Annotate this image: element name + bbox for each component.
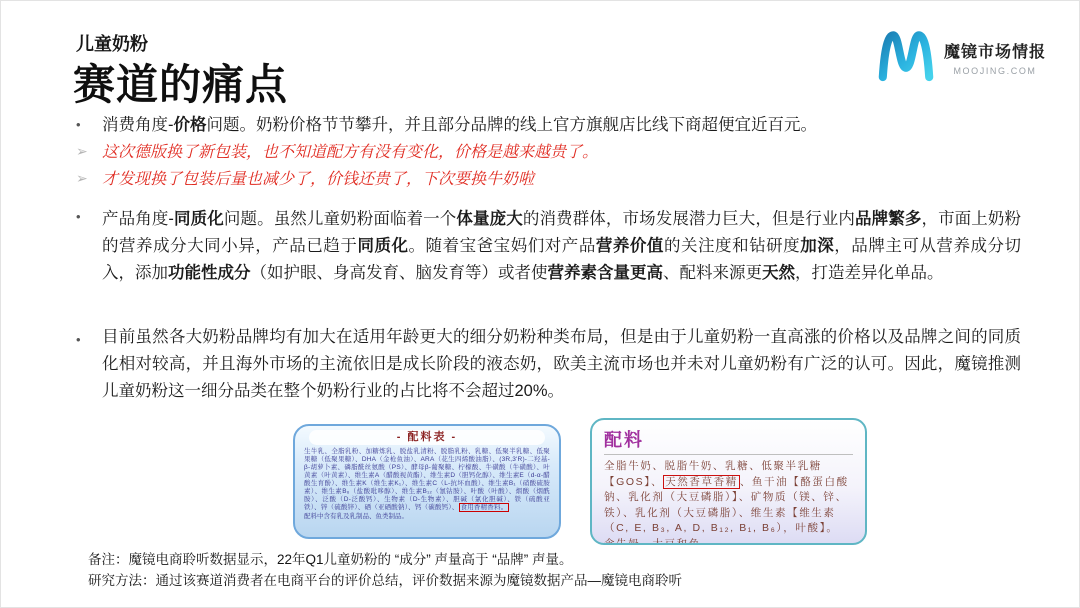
flavoring-highlight-box: 食用香精香料。	[459, 503, 510, 512]
ingredient-table-card: - 配料表 - 生牛乳、全脂乳粉、加糖炼乳、脱盐乳清粉、脱脂乳粉、乳糖、低聚半乳…	[293, 424, 561, 539]
bullet-icon: •	[76, 206, 102, 224]
bullet-icon: •	[76, 114, 102, 132]
ingredient-table-title: - 配料表 -	[309, 430, 545, 445]
footer-notes: 备注：魔镜电商聆听数据显示，22年Q1儿童奶粉的 “成分” 声量高于 “品牌” …	[88, 549, 682, 591]
ingredient-table-text: 生牛乳、全脂乳粉、加糖炼乳、脱盐乳清粉、脱脂乳粉、乳糖、低聚半乳糖、低聚果糖（低…	[295, 447, 559, 512]
vanilla-flavor-highlight-box: 天然香草香精	[663, 475, 740, 489]
price-paragraph: 消费角度-价格问题。奶粉价格节节攀升，并且部分品牌的线上官方旗舰店比线下商超便宜…	[102, 114, 817, 137]
moojing-m-icon	[877, 28, 935, 87]
page-title: 赛道的痛点	[73, 52, 288, 112]
consumer-quote: 这次德版换了新包装，也不知道配方有没有变化，价格是越来越贵了。	[102, 141, 598, 164]
slide: 儿童奶粉 赛道的痛点 魔镜市场情报 MOOJING.COM • 消	[0, 0, 1080, 608]
brand-logo: 魔镜市场情报 MOOJING.COM	[877, 28, 1046, 87]
allergen-line: 含牛奶、大豆和鱼。	[604, 538, 713, 546]
ingredient-card-text: 全脂牛奶、脱脂牛奶、乳糖、低聚半乳糖【GOS】、天然香草香精、鱼干油【酪蛋白酸钠…	[604, 459, 853, 545]
footer-note-method: 研究方法：通过该赛道消费者在电商平台的评价总结，评价数据来源为魔镜数据产品—魔镜…	[88, 570, 682, 591]
arrow-icon: ➢	[76, 168, 102, 187]
consumer-quote: 才发现换了包装后量也减少了，价钱还贵了，下次要换牛奶啦	[102, 168, 534, 191]
ingredient-card-title: 配料	[604, 426, 853, 455]
outlook-paragraph: 目前虽然各大奶粉品牌均有加大在适用年龄更大的细分奶粉种类布局，但是由于儿童奶粉一…	[102, 324, 1021, 405]
section-outlook: • 目前虽然各大奶粉品牌均有加大在适用年龄更大的细分奶粉种类布局，但是由于儿童奶…	[76, 324, 1021, 405]
section-homogeneity: • 产品角度-同质化问题。虽然儿童奶粉面临着一个体量庞大的消费群体，市场发展潜力…	[76, 206, 1021, 287]
footer-note-remark: 备注：魔镜电商聆听数据显示，22年Q1儿童奶粉的 “成分” 声量高于 “品牌” …	[88, 549, 682, 570]
ingredient-card: 配料 全脂牛奶、脱脂牛奶、乳糖、低聚半乳糖【GOS】、天然香草香精、鱼干油【酪蛋…	[590, 418, 867, 545]
homogeneity-paragraph: 产品角度-同质化问题。虽然儿童奶粉面临着一个体量庞大的消费群体，市场发展潜力巨大…	[102, 206, 1021, 287]
allergen-note: 配料中含有乳及乳制品、鱼类制品。	[295, 512, 559, 522]
brand-name: 魔镜市场情报	[944, 39, 1046, 62]
arrow-icon: ➢	[76, 141, 102, 160]
brand-domain: MOOJING.COM	[953, 66, 1036, 76]
section-price: • 消费角度-价格问题。奶粉价格节节攀升，并且部分品牌的线上官方旗舰店比线下商超…	[76, 114, 1021, 191]
bullet-icon: •	[76, 324, 102, 354]
